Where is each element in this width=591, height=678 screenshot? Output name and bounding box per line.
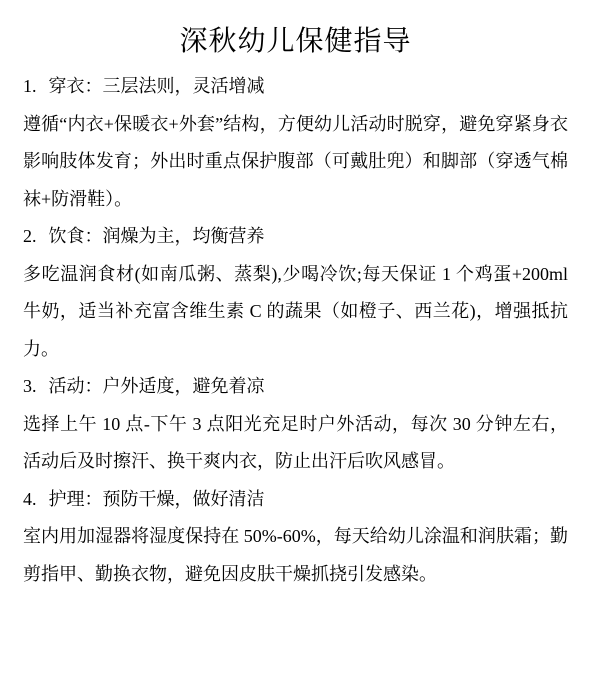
section-number: 1. bbox=[23, 68, 37, 106]
page-title: 深秋幼儿保健指导 bbox=[23, 20, 568, 64]
section-heading: 4.护理：预防干燥，做好清洁 bbox=[23, 481, 568, 519]
section-heading-text: 护理：预防干燥，做好清洁 bbox=[49, 489, 265, 509]
section-heading: 2.饮食：润燥为主，均衡营养 bbox=[23, 218, 568, 256]
section-body: 选择上午 10 点-下午 3 点阳光充足时户外活动，每次 30 分钟左右，活动后… bbox=[23, 406, 568, 481]
document-page: 深秋幼儿保健指导 1.穿衣：三层法则，灵活增减 遵循“内衣+保暖衣+外套”结构，… bbox=[0, 0, 591, 678]
section-body: 室内用加湿器将湿度保持在 50%-60%，每天给幼儿涂温和润肤霜；勤剪指甲、勤换… bbox=[23, 518, 568, 593]
section-activity: 3.活动：户外适度，避免着凉 选择上午 10 点-下午 3 点阳光充足时户外活动… bbox=[23, 368, 568, 481]
section-number: 2. bbox=[23, 218, 37, 256]
section-number: 4. bbox=[23, 481, 37, 519]
section-heading: 1.穿衣：三层法则，灵活增减 bbox=[23, 68, 568, 106]
section-heading-text: 穿衣：三层法则，灵活增减 bbox=[49, 76, 265, 96]
section-number: 3. bbox=[23, 368, 37, 406]
section-heading-text: 饮食：润燥为主，均衡营养 bbox=[49, 226, 265, 246]
section-body: 多吃温润食材(如南瓜粥、蒸梨),少喝冷饮;每天保证 1 个鸡蛋+200ml 牛奶… bbox=[23, 256, 568, 369]
section-care: 4.护理：预防干燥，做好清洁 室内用加湿器将湿度保持在 50%-60%，每天给幼… bbox=[23, 481, 568, 594]
section-heading: 3.活动：户外适度，避免着凉 bbox=[23, 368, 568, 406]
section-heading-text: 活动：户外适度，避免着凉 bbox=[49, 376, 265, 396]
section-clothing: 1.穿衣：三层法则，灵活增减 遵循“内衣+保暖衣+外套”结构，方便幼儿活动时脱穿… bbox=[23, 68, 568, 218]
section-body: 遵循“内衣+保暖衣+外套”结构，方便幼儿活动时脱穿，避免穿紧身衣影响肢体发育；外… bbox=[23, 106, 568, 219]
section-diet: 2.饮食：润燥为主，均衡营养 多吃温润食材(如南瓜粥、蒸梨),少喝冷饮;每天保证… bbox=[23, 218, 568, 368]
